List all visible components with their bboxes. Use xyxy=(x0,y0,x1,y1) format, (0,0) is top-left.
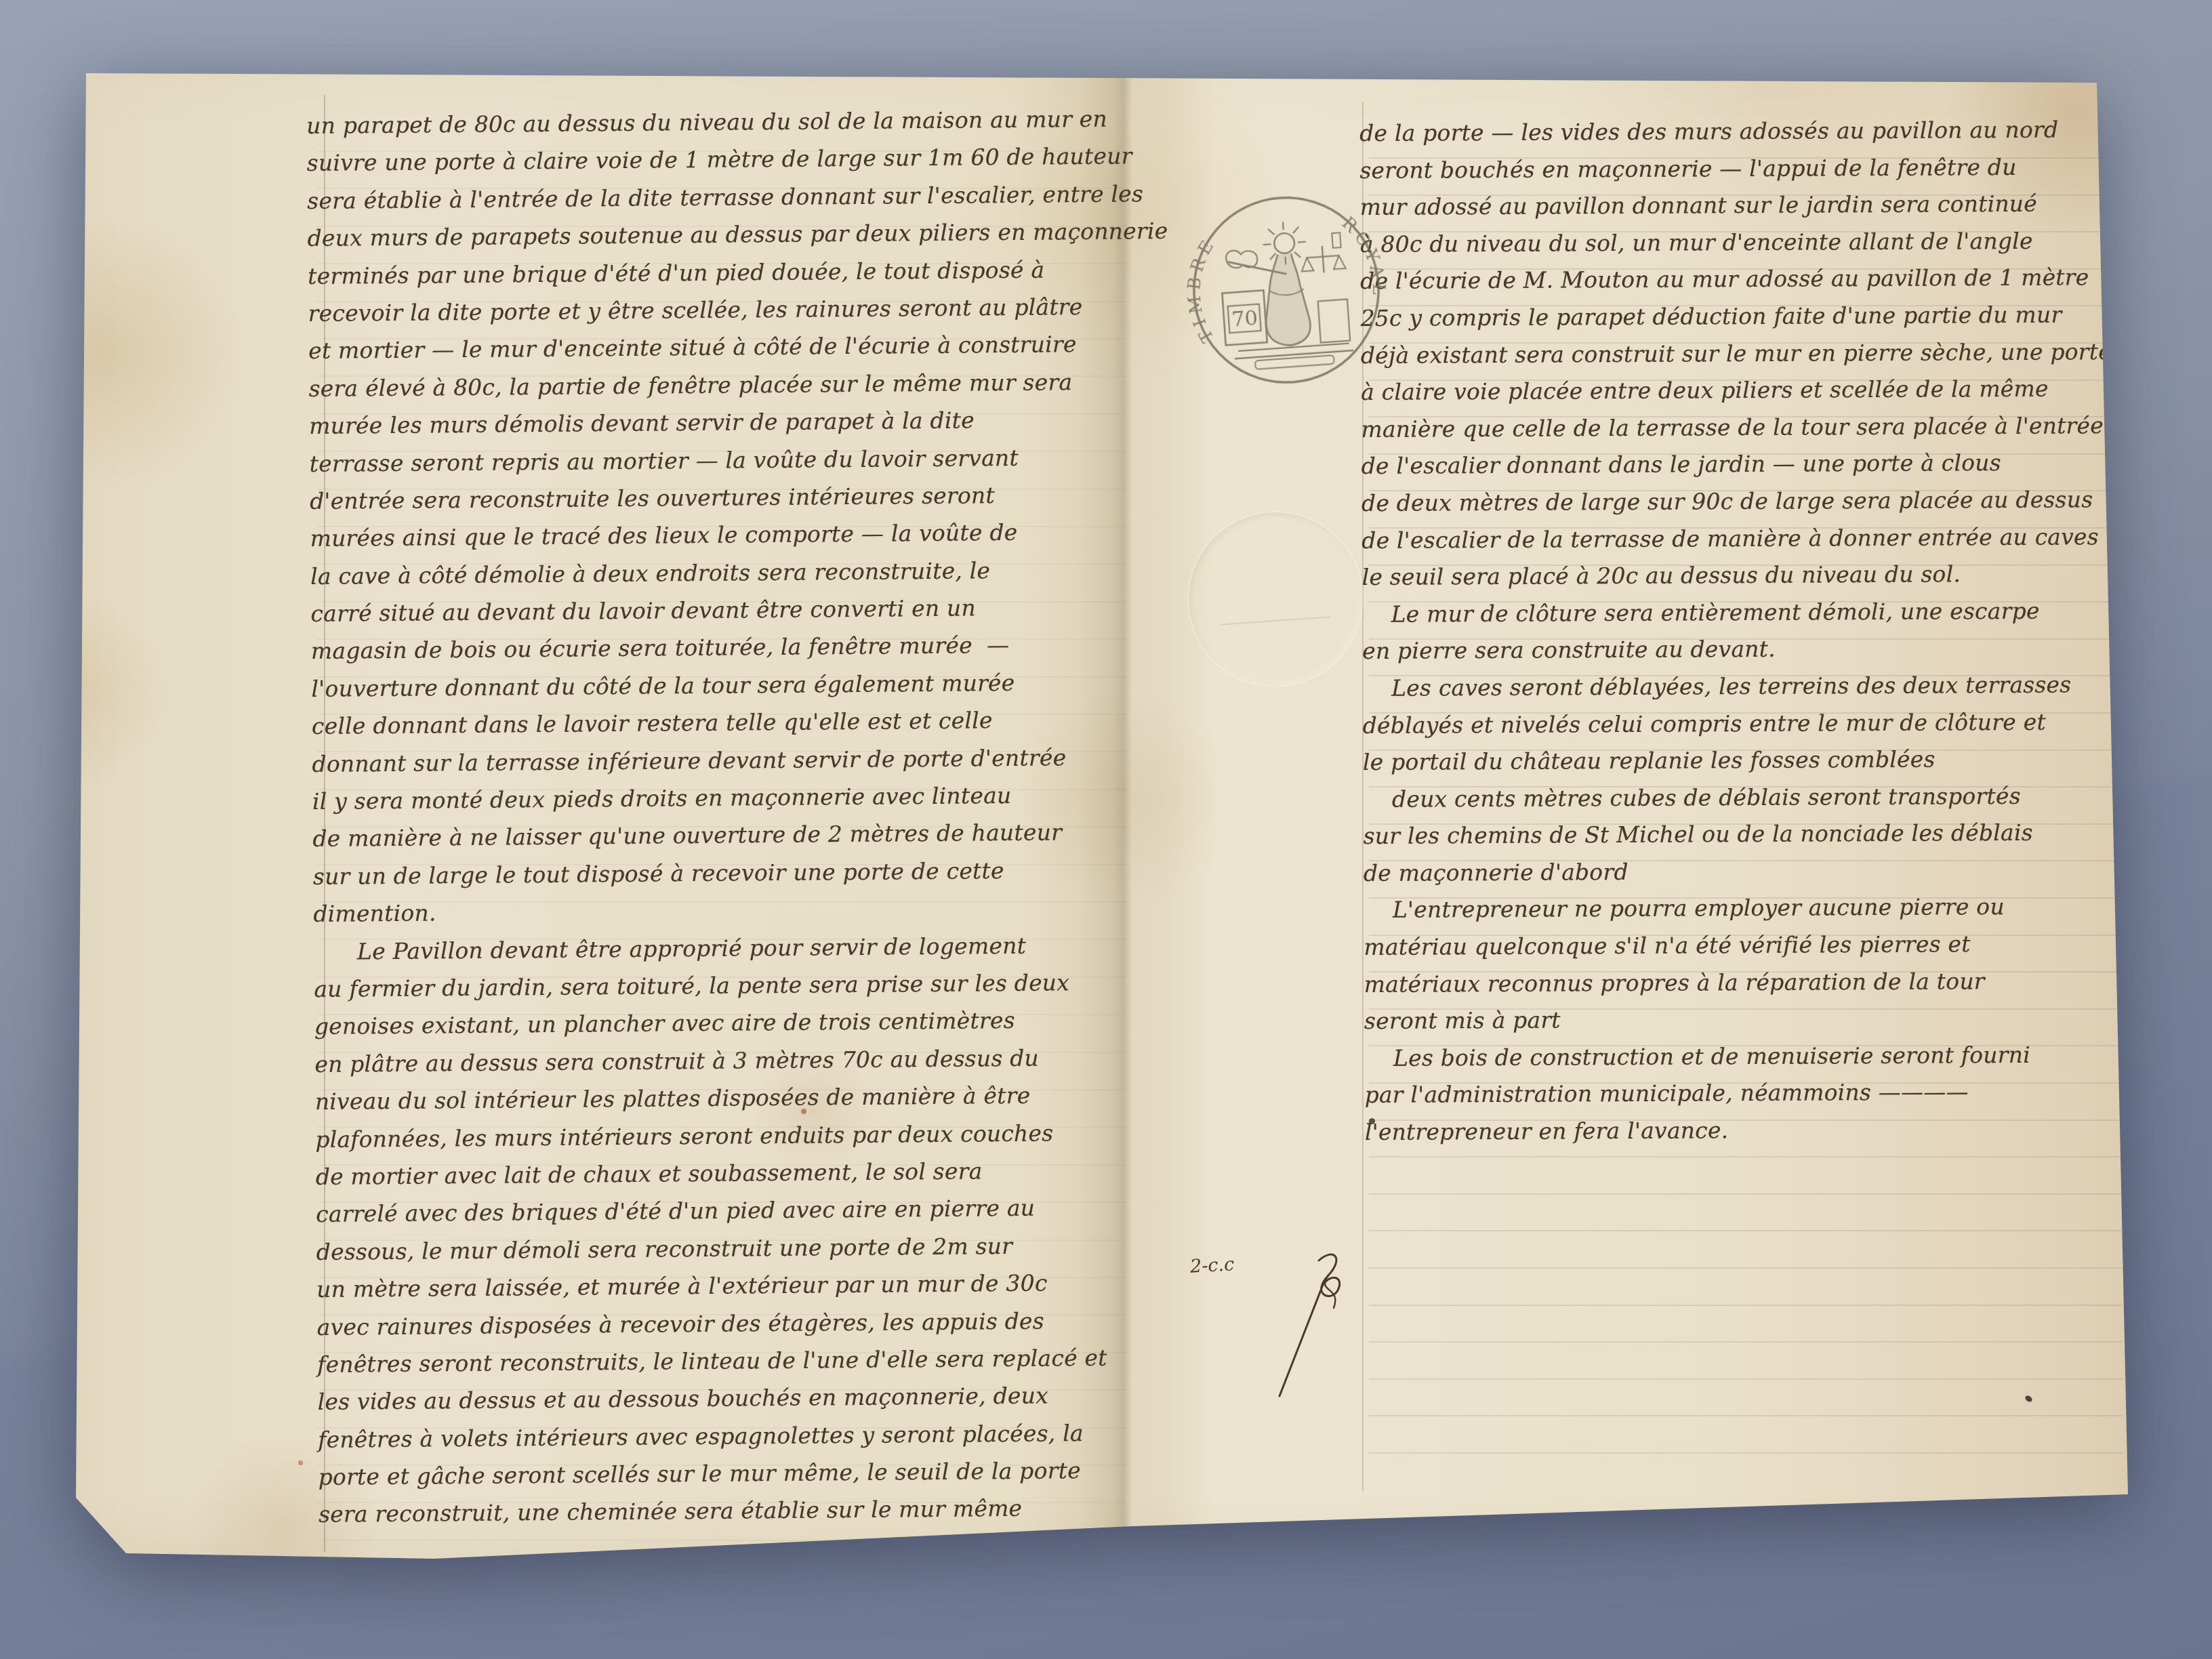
manuscript-line: 25c y compris le parapet déduction faite… xyxy=(1360,296,2111,337)
manuscript-line: le portail du château replanie les fosse… xyxy=(1363,740,2114,781)
svg-text:ROYAL: ROYAL xyxy=(1336,211,1389,303)
manuscript-line: matériau quelconque s'il n'a été vérifié… xyxy=(1364,925,2114,966)
timbre-royal-stamp-icon: TIMBRE ROYAL 70 xyxy=(1179,183,1393,397)
manuscript-line: deux cents mètres cubes de déblais seron… xyxy=(1363,777,2114,818)
manuscript-line: seront bouchés en maçonnerie — l'appui d… xyxy=(1359,148,2110,189)
manuscript-line: déblayés et nivelés celui compris entre … xyxy=(1363,703,2114,744)
manuscript-line: de maçonnerie d'abord xyxy=(1364,851,2114,892)
manuscript-line: seront mis à part xyxy=(1364,999,2115,1040)
manuscript-line: de l'écurie de M. Mouton au mur adossé a… xyxy=(1360,260,2111,300)
manuscript-line: le seuil sera placé à 20c au dessus du n… xyxy=(1361,555,2112,596)
manuscript-line: déjà existant sera construit sur le mur … xyxy=(1361,333,2112,374)
embossed-blind-seal-icon xyxy=(1187,511,1364,687)
manuscript-line: Le mur de clôture sera entièrement démol… xyxy=(1362,592,2113,633)
manuscript-line: sera reconstruit, une cheminée sera étab… xyxy=(319,1488,1179,1533)
manuscript-line: manière que celle de la terrasse de la t… xyxy=(1361,407,2112,448)
svg-text:TIMBRE: TIMBRE xyxy=(1180,232,1228,346)
manuscript-line: par l'administration municipale, néammoi… xyxy=(1364,1073,2115,1114)
manuscript-line: de l'escalier donnant dans le jardin — u… xyxy=(1361,445,2112,485)
manuscript-line: mur adossé au pavillon donnant sur le ja… xyxy=(1360,185,2111,226)
stamp-text-royal: ROYAL xyxy=(1336,211,1389,303)
manuscript-line: L'entrepreneur ne pourra employer aucune… xyxy=(1364,888,2114,929)
manuscript-line: l'entrepreneur en fera l'avance. xyxy=(1365,1110,2116,1151)
manuscript-line: matériaux reconnus propres à la réparati… xyxy=(1364,962,2115,1003)
ink-speck xyxy=(2024,1395,2034,1404)
manuscript-line: à 80c du niveau du sol, un mur d'enceint… xyxy=(1360,222,2111,263)
right-page-text: de la porte — les vides des murs adossés… xyxy=(1359,111,2116,1151)
manuscript-line: de l'escalier de la terrasse de manière … xyxy=(1361,518,2112,559)
manuscript-line: à claire voie placée entre deux piliers … xyxy=(1361,370,2112,411)
manuscript-line: de manière à ne laisser qu'une ouverture… xyxy=(312,813,1173,857)
marginal-annotation: 2-c.c xyxy=(1190,1246,1407,1408)
manuscript-line: en pierre sera construite au devant. xyxy=(1362,630,2113,670)
stamp-denomination: 70 xyxy=(1231,306,1258,332)
manuscript-line: porte et gâche seront scellés sur le mur… xyxy=(318,1451,1179,1496)
foxing-spot xyxy=(801,1109,806,1114)
stamp-text-timbre: TIMBRE xyxy=(1180,232,1228,346)
manuscript-line: au fermier du jardin, sera toituré, la p… xyxy=(314,963,1174,1008)
manuscript-line: de la porte — les vides des murs adossés… xyxy=(1359,111,2110,152)
manuscript-line: Les caves seront déblayées, les terreins… xyxy=(1362,666,2113,707)
manuscript-photo: un parapet de 80c au dessus du niveau du… xyxy=(0,0,2212,1659)
paper-sheet: un parapet de 80c au dessus du niveau du… xyxy=(0,0,2212,1659)
manuscript-line: donnant sur la terrasse inférieure devan… xyxy=(312,738,1172,783)
ink-speck xyxy=(1369,1118,1375,1124)
manuscript-line: sur les chemins de St Michel ou de la no… xyxy=(1363,814,2114,855)
annotation-text: 2-c.c xyxy=(1189,1254,1235,1277)
manuscript-line: de deux mètres de large sur 90c de large… xyxy=(1361,481,2112,522)
manuscript-line: sera élevé à 80c, la partie de fenêtre p… xyxy=(308,363,1169,407)
paraph-flourish-icon xyxy=(1266,1246,1368,1406)
left-page-text: un parapet de 80c au dessus du niveau du… xyxy=(306,100,1179,1534)
foxing-spot xyxy=(298,1460,303,1465)
manuscript-line: plafonnées, les murs intérieurs seront e… xyxy=(315,1113,1176,1158)
manuscript-line: fenêtres seront reconstruits, le linteau… xyxy=(317,1338,1178,1383)
manuscript-line: Les bois de construction et de menuiseri… xyxy=(1364,1036,2115,1077)
